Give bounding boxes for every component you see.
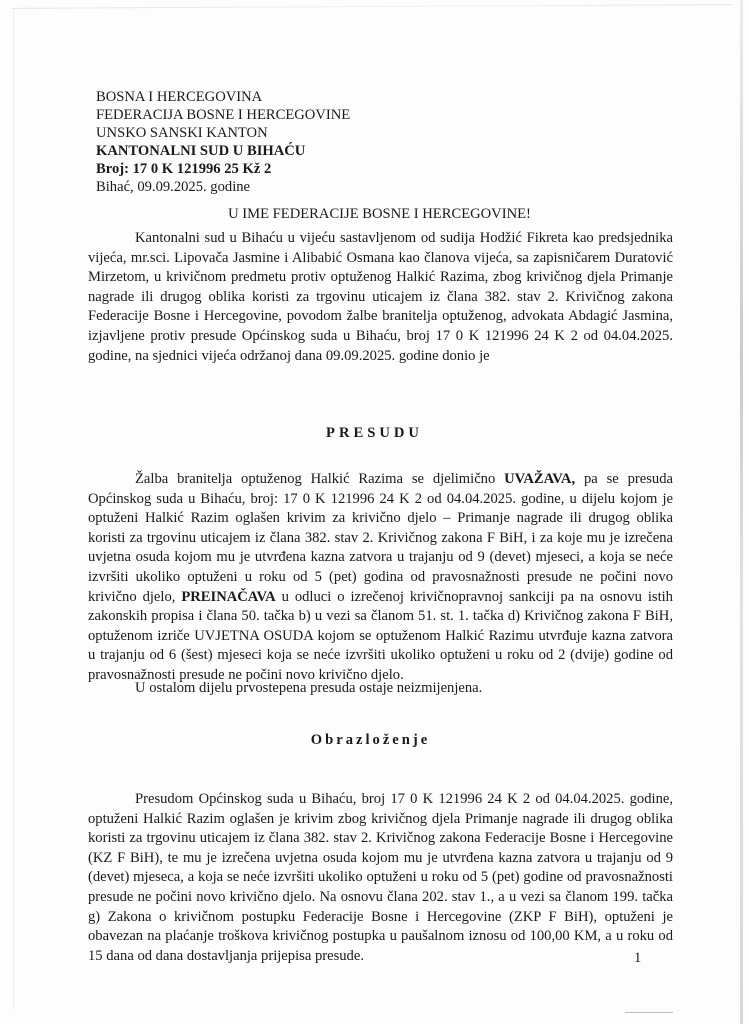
intro-paragraph: Kantonalni sud u Bihaću u vijeću sastavl… — [88, 229, 673, 366]
reasoning-paragraph: Presudom Općinskog suda u Bihaću, broj 1… — [88, 790, 673, 966]
document-page: BOSNA I HERCEGOVINA FEDERACIJA BOSNE I H… — [0, 0, 749, 1024]
case-number: Broj: 17 0 K 121996 25 Kž 2 — [96, 160, 350, 178]
ruling-text-2: pa se presuda Općinskog suda u Bihaću, b… — [88, 471, 673, 605]
invocation-heading: U IME FEDERACIJE BOSNE I HERCEGOVINE! — [0, 206, 749, 223]
ruling-text-1: Žalba branitelja optuženog Halkić Razima… — [135, 471, 504, 487]
header-country: BOSNA I HERCEGOVINA — [96, 88, 350, 106]
header-entity: FEDERACIJA BOSNE I HERCEGOVINE — [96, 106, 350, 124]
header-court: KANTONALNI SUD U BIHAĆU — [96, 142, 350, 160]
scan-edge — [13, 10, 14, 1010]
page-number: 1 — [634, 950, 641, 967]
reasoning-title: Obrazloženje — [0, 732, 743, 749]
upheld-keyword: UVAŽAVA, — [504, 471, 575, 487]
court-header: BOSNA I HERCEGOVINA FEDERACIJA BOSNE I H… — [96, 88, 350, 196]
remainder-paragraph: U ostalom dijelu prvostepena presuda ost… — [88, 679, 673, 699]
verdict-title: PRESUDU — [0, 425, 747, 442]
place-date: Bihać, 09.09.2025. godine — [96, 178, 350, 196]
header-canton: UNSKO SANSKI KANTON — [96, 124, 350, 142]
scan-artifact-line — [625, 1012, 673, 1013]
ruling-paragraph: Žalba branitelja optuženog Halkić Razima… — [88, 470, 673, 686]
modified-keyword: PREINAČAVA — [181, 589, 275, 605]
